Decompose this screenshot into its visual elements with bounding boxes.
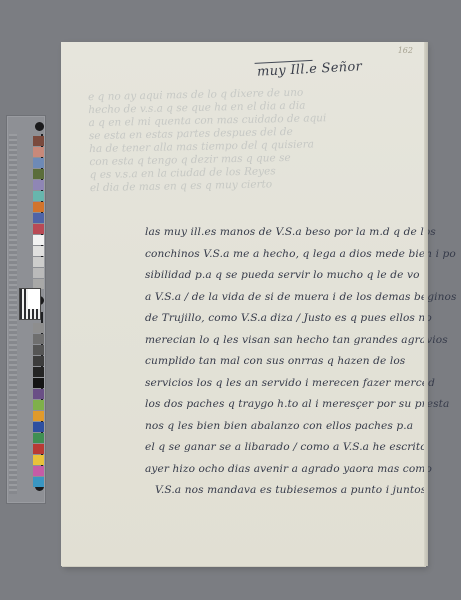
color-swatch bbox=[33, 444, 44, 454]
letter-line: las muy ill.es manos de V.S.a beso por l… bbox=[145, 222, 417, 244]
letter-line: ayer hizo ocho dias avenir a agrado yaor… bbox=[145, 459, 417, 481]
color-swatch bbox=[33, 334, 44, 344]
color-swatch bbox=[33, 400, 44, 410]
color-swatch bbox=[33, 356, 44, 366]
color-swatch bbox=[33, 224, 44, 234]
letter-line: a V.S.a / de la vida de si de muera i de… bbox=[145, 287, 417, 309]
color-swatch bbox=[33, 158, 44, 168]
color-swatch bbox=[33, 323, 44, 333]
letter-line: servicios los q les an servido i merecen… bbox=[145, 373, 417, 395]
color-swatch bbox=[33, 136, 44, 146]
letter-line: de Trujillo, como V.S.a diza / Justo es … bbox=[145, 308, 417, 330]
color-swatch bbox=[33, 235, 44, 245]
color-swatch bbox=[33, 202, 44, 212]
letter-line: conchinos V.S.a me a hecho, q lega a dio… bbox=[145, 244, 417, 266]
letter-line: cumplido tan mal con sus onrras q hazen … bbox=[145, 351, 417, 373]
color-swatch bbox=[33, 180, 44, 190]
color-swatch bbox=[33, 213, 44, 223]
color-swatch bbox=[33, 191, 44, 201]
target-scale-text bbox=[9, 134, 17, 494]
color-swatch bbox=[33, 433, 44, 443]
folio-number: 162 bbox=[398, 46, 413, 55]
color-swatch bbox=[33, 411, 44, 421]
color-swatch bbox=[33, 169, 44, 179]
color-swatch bbox=[33, 257, 44, 267]
letter-line: los dos paches q traygo h.to al i meresç… bbox=[145, 394, 417, 416]
color-swatch bbox=[33, 268, 44, 278]
letter-salutation: muy Ill.e Señor bbox=[257, 59, 363, 79]
registration-dot-top bbox=[35, 122, 44, 131]
letter-line: nos q les bien bien abalanzo con ellos p… bbox=[145, 416, 417, 438]
letter-body: las muy ill.es manos de V.S.a beso por l… bbox=[145, 222, 417, 502]
color-swatch bbox=[33, 367, 44, 377]
letter-line: el q se ganar se a libarado / como a V.S… bbox=[145, 437, 417, 459]
color-swatch bbox=[33, 246, 44, 256]
color-swatch bbox=[33, 477, 44, 487]
resolution-target-chip bbox=[19, 288, 41, 320]
color-swatch bbox=[33, 378, 44, 388]
manuscript-page: 162 muy Ill.e Señor e q no ay aqui mas d… bbox=[61, 42, 425, 566]
color-swatch bbox=[33, 147, 44, 157]
color-swatch bbox=[33, 466, 44, 476]
bleed-through-text: e q no ay aqui mas de lo q dixere de uno… bbox=[88, 85, 390, 195]
color-swatch bbox=[33, 455, 44, 465]
color-swatch bbox=[33, 345, 44, 355]
letter-line: merecian lo q les visan san hecho tan gr… bbox=[145, 330, 417, 352]
letter-line: V.S.a nos mandava es tubiesemos a punto … bbox=[145, 480, 417, 502]
color-calibration-target bbox=[6, 115, 46, 504]
color-swatch bbox=[33, 422, 44, 432]
color-swatch bbox=[33, 389, 44, 399]
letter-line: sibilidad p.a q se pueda servir lo mucho… bbox=[145, 265, 417, 287]
